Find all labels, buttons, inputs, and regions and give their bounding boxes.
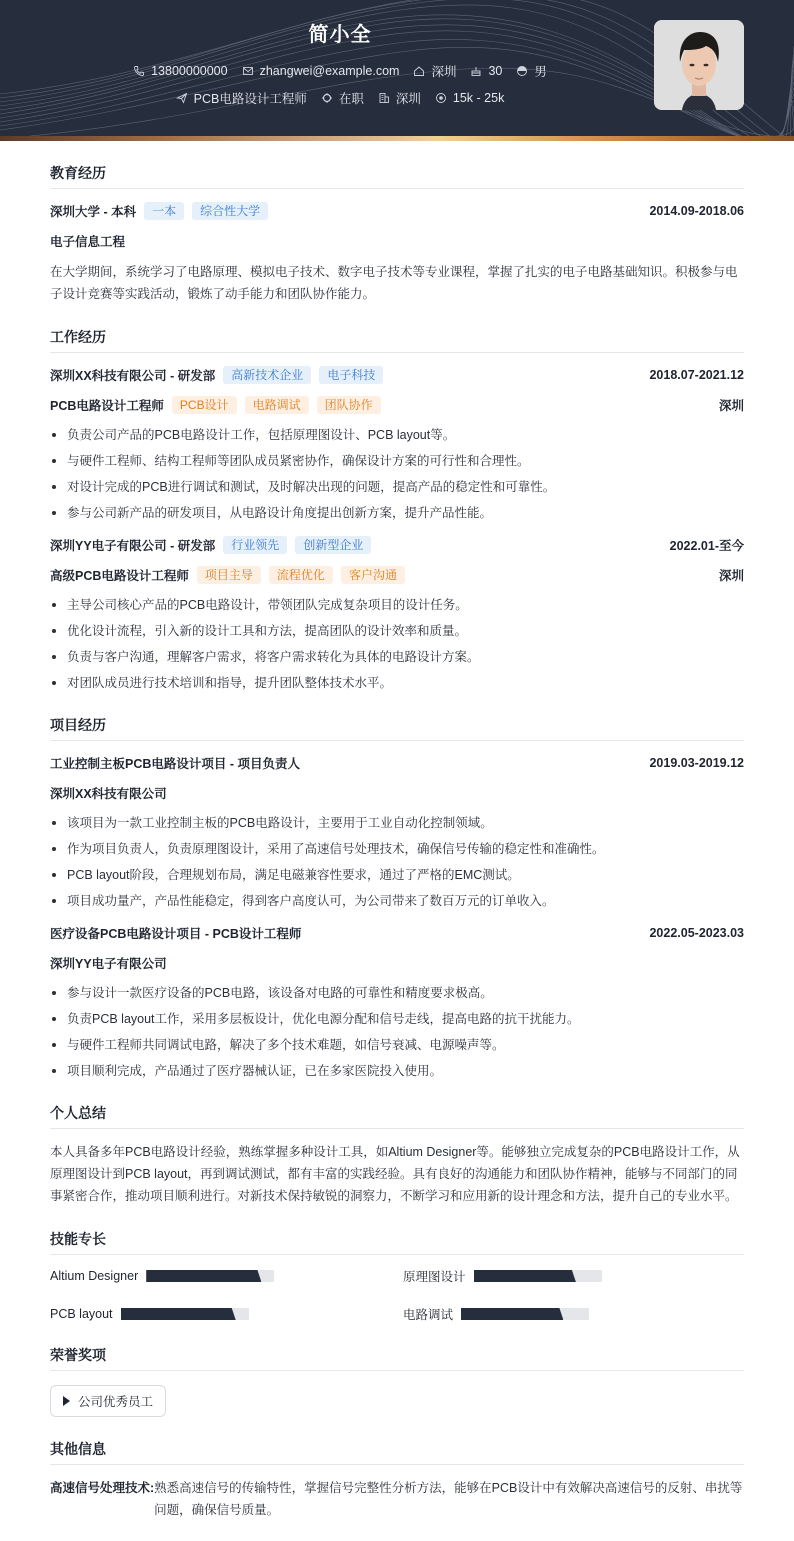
resume-header: 简小全 13800000000 zhangwei@example.com 深圳 … (0, 0, 794, 136)
education-header-row: 深圳大学 - 本科 一本 综合性大学 2014.09-2018.06 (50, 201, 744, 221)
role-tag: 项目主导 (197, 566, 261, 584)
gender-text: 男 (534, 62, 547, 80)
gender-info: 男 (516, 62, 547, 80)
other-text: 熟悉高速信号的传输特性，掌握信号完整性分析方法，能够在PCB设计中有效解决高速信… (154, 1477, 744, 1521)
work-city: 深圳 (719, 566, 744, 584)
project-company: 深圳XX科技有限公司 (50, 784, 167, 802)
status-info: 在职 (321, 89, 364, 107)
company-name: 深圳YY电子有限公司 - 研发部 (50, 536, 215, 554)
work-bullets: 负责公司产品的PCB电路设计工作，包括原理图设计、PCB layout等。 与硬… (50, 425, 744, 523)
salary-text: 15k - 25k (453, 91, 504, 105)
status-text: 在职 (339, 89, 364, 107)
avatar-photo (654, 20, 744, 110)
skill-item: 原理图设计 (403, 1267, 744, 1285)
project-company: 深圳YY电子有限公司 (50, 954, 167, 972)
user-icon (516, 65, 528, 77)
skill-bar (146, 1270, 274, 1282)
position-info: PCB电路设计工程师 (176, 89, 307, 107)
awards-section: 荣誉奖项 公司优秀员工 (50, 1345, 744, 1417)
project-name: 医疗设备PCB电路设计项目 - PCB设计工程师 (50, 924, 301, 942)
list-item: 与硬件工程师、结构工程师等团队成员紧密协作，确保设计方案的可行性和合理性。 (50, 451, 744, 471)
education-section: 教育经历 深圳大学 - 本科 一本 综合性大学 2014.09-2018.06 … (50, 163, 744, 305)
skill-item: Altium Designer (50, 1267, 403, 1285)
skill-name: 电路调试 (403, 1305, 453, 1323)
skill-name: PCB layout (50, 1307, 113, 1321)
list-item: 对设计完成的PCB进行调试和测试，及时解决出现的问题，提高产品的稳定性和可靠性。 (50, 477, 744, 497)
school-tag: 一本 (144, 202, 184, 220)
skill-name: Altium Designer (50, 1269, 138, 1283)
phone-number: 13800000000 (151, 64, 227, 78)
list-item: 负责与客户沟通，理解客户需求，将客户需求转化为具体的电路设计方案。 (50, 647, 744, 667)
work-bullets: 主导公司核心产品的PCB电路设计，带领团队完成复杂项目的设计任务。 优化设计流程… (50, 595, 744, 693)
list-item: 参与设计一款医疗设备的PCB电路，该设备对电路的可靠性和精度要求极高。 (50, 983, 744, 1003)
age-info: 30 (470, 64, 502, 78)
section-title: 教育经历 (50, 163, 744, 189)
other-section: 其他信息 高速信号处理技术: 熟悉高速信号的传输特性，掌握信号完整性分析方法，能… (50, 1439, 744, 1535)
send-icon (176, 92, 188, 104)
project-item: 工业控制主板PCB电路设计项目 - 项目负责人 2019.03-2019.12 … (50, 753, 744, 911)
company-tag: 行业领先 (223, 536, 287, 554)
summary-text: 本人具备多年PCB电路设计经验，熟练掌握多种设计工具，如Altium Desig… (50, 1141, 744, 1207)
role-row: 高级PCB电路设计工程师 项目主导 流程优化 客户沟通 深圳 (50, 565, 744, 585)
contact-info-row: 13800000000 zhangwei@example.com 深圳 30 男 (0, 62, 680, 80)
skill-item: 电路调试 (403, 1305, 744, 1323)
section-title: 其他信息 (50, 1439, 744, 1465)
skill-item: PCB layout (50, 1305, 403, 1323)
list-item: 主导公司核心产品的PCB电路设计，带领团队完成复杂项目的设计任务。 (50, 595, 744, 615)
work-period: 2018.07-2021.12 (649, 368, 744, 382)
section-title: 项目经历 (50, 715, 744, 741)
work-section: 工作经历 深圳XX科技有限公司 - 研发部 高新技术企业 电子科技 2018.0… (50, 327, 744, 693)
major-row: 电子信息工程 (50, 231, 744, 251)
location-text: 深圳 (431, 62, 456, 80)
project-bullets: 该项目为一款工业控制主板的PCB电路设计，主要用于工业自动化控制领域。 作为项目… (50, 813, 744, 911)
skills-grid: Altium Designer 原理图设计 PCB layout 电路调试 (50, 1267, 744, 1323)
work-item: 深圳YY电子有限公司 - 研发部 行业领先 创新型企业 2022.01-至今 高… (50, 535, 744, 693)
location-info: 深圳 (413, 62, 456, 80)
skill-fill (461, 1308, 563, 1320)
company-tag: 创新型企业 (295, 536, 371, 554)
role-name: PCB电路设计工程师 (50, 396, 164, 414)
role-tag: 流程优化 (269, 566, 333, 584)
portrait-icon (654, 20, 744, 110)
email-info: zhangwei@example.com (242, 64, 400, 78)
list-item: 参与公司新产品的研发项目，从电路设计角度提出创新方案，提升产品性能。 (50, 503, 744, 523)
cake-icon (470, 65, 482, 77)
role-name: 高级PCB电路设计工程师 (50, 566, 189, 584)
skill-bar (474, 1270, 602, 1282)
role-tag: 客户沟通 (341, 566, 405, 584)
skill-bar (121, 1308, 249, 1320)
section-title: 技能专长 (50, 1229, 744, 1255)
phone-info: 13800000000 (133, 64, 227, 78)
header-accent-bar (0, 136, 794, 141)
age-text: 30 (488, 64, 502, 78)
skill-fill (474, 1270, 576, 1282)
work-item: 深圳XX科技有限公司 - 研发部 高新技术企业 电子科技 2018.07-202… (50, 365, 744, 523)
play-triangle-icon (63, 1396, 70, 1406)
role-tag: 团队协作 (317, 396, 381, 414)
company-name: 深圳XX科技有限公司 - 研发部 (50, 366, 215, 384)
project-item: 医疗设备PCB电路设计项目 - PCB设计工程师 2022.05-2023.03… (50, 923, 744, 1081)
status-icon (321, 92, 333, 104)
work-city: 深圳 (719, 396, 744, 414)
job-info-row: PCB电路设计工程师 在职 深圳 15k - 25k (0, 89, 680, 107)
role-tag: 电路调试 (245, 396, 309, 414)
project-name: 工业控制主板PCB电路设计项目 - 项目负责人 (50, 754, 300, 772)
building-icon (378, 92, 390, 104)
major-name: 电子信息工程 (50, 232, 125, 250)
project-company-row: 深圳XX科技有限公司 (50, 783, 744, 803)
role-tag: PCB设计 (172, 396, 237, 414)
list-item: 与硬件工程师共同调试电路，解决了多个技术难题，如信号衰减、电源噪声等。 (50, 1035, 744, 1055)
project-header-row: 工业控制主板PCB电路设计项目 - 项目负责人 2019.03-2019.12 (50, 753, 744, 773)
summary-section: 个人总结 本人具备多年PCB电路设计经验，熟练掌握多种设计工具，如Altium … (50, 1103, 744, 1207)
skill-fill (146, 1270, 261, 1282)
home-icon (413, 65, 425, 77)
list-item: 优化设计流程，引入新的设计工具和方法，提高团队的设计效率和质量。 (50, 621, 744, 641)
salary-icon (435, 92, 447, 104)
skill-name: 原理图设计 (403, 1267, 466, 1285)
skills-section: 技能专长 Altium Designer 原理图设计 PCB layout 电路… (50, 1229, 744, 1323)
list-item: 项目顺利完成，产品通过了医疗器械认证，已在多家医院投入使用。 (50, 1061, 744, 1081)
award-name: 公司优秀员工 (78, 1392, 153, 1410)
list-item: 对团队成员进行技术培训和指导，提升团队整体技术水平。 (50, 673, 744, 693)
phone-icon (133, 65, 145, 77)
other-label: 高速信号处理技术: (50, 1477, 154, 1521)
company-tag: 高新技术企业 (223, 366, 311, 384)
school-tag: 综合性大学 (192, 202, 268, 220)
city-info: 深圳 (378, 89, 421, 107)
candidate-name: 简小全 (0, 18, 680, 47)
list-item: 负责PCB layout工作，采用多层板设计，优化电源分配和信号走线，提高电路的… (50, 1009, 744, 1029)
salary-info: 15k - 25k (435, 91, 504, 105)
mail-icon (242, 65, 254, 77)
position-text: PCB电路设计工程师 (194, 89, 307, 107)
project-company-row: 深圳YY电子有限公司 (50, 953, 744, 973)
education-description: 在大学期间，系统学习了电路原理、模拟电子技术、数字电子技术等专业课程，掌握了扎实… (50, 261, 744, 305)
list-item: 负责公司产品的PCB电路设计工作，包括原理图设计、PCB layout等。 (50, 425, 744, 445)
list-item: PCB layout阶段，合理规划布局，满足电磁兼容性要求，通过了严格的EMC测… (50, 865, 744, 885)
project-period: 2022.05-2023.03 (649, 926, 744, 940)
resume-body: 教育经历 深圳大学 - 本科 一本 综合性大学 2014.09-2018.06 … (0, 163, 794, 1535)
skill-bar (461, 1308, 589, 1320)
school-name: 深圳大学 - 本科 (50, 202, 136, 220)
other-item: 高速信号处理技术: 熟悉高速信号的传输特性，掌握信号完整性分析方法，能够在PCB… (50, 1477, 744, 1521)
role-row: PCB电路设计工程师 PCB设计 电路调试 团队协作 深圳 (50, 395, 744, 415)
project-period: 2019.03-2019.12 (649, 756, 744, 770)
email-address: zhangwei@example.com (260, 64, 400, 78)
education-period: 2014.09-2018.06 (649, 204, 744, 218)
skill-fill (121, 1308, 236, 1320)
city-text: 深圳 (396, 89, 421, 107)
projects-section: 项目经历 工业控制主板PCB电路设计项目 - 项目负责人 2019.03-201… (50, 715, 744, 1081)
section-title: 工作经历 (50, 327, 744, 353)
work-period: 2022.01-至今 (670, 536, 744, 554)
section-title: 荣誉奖项 (50, 1345, 744, 1371)
section-title: 个人总结 (50, 1103, 744, 1129)
company-tag: 电子科技 (319, 366, 383, 384)
project-header-row: 医疗设备PCB电路设计项目 - PCB设计工程师 2022.05-2023.03 (50, 923, 744, 943)
project-bullets: 参与设计一款医疗设备的PCB电路，该设备对电路的可靠性和精度要求极高。 负责PC… (50, 983, 744, 1081)
company-row: 深圳XX科技有限公司 - 研发部 高新技术企业 电子科技 2018.07-202… (50, 365, 744, 385)
list-item: 项目成功量产，产品性能稳定，得到客户高度认可，为公司带来了数百万元的订单收入。 (50, 891, 744, 911)
award-item[interactable]: 公司优秀员工 (50, 1385, 166, 1417)
company-row: 深圳YY电子有限公司 - 研发部 行业领先 创新型企业 2022.01-至今 (50, 535, 744, 555)
list-item: 该项目为一款工业控制主板的PCB电路设计，主要用于工业自动化控制领域。 (50, 813, 744, 833)
list-item: 作为项目负责人，负责原理图设计，采用了高速信号处理技术，确保信号传输的稳定性和准… (50, 839, 744, 859)
